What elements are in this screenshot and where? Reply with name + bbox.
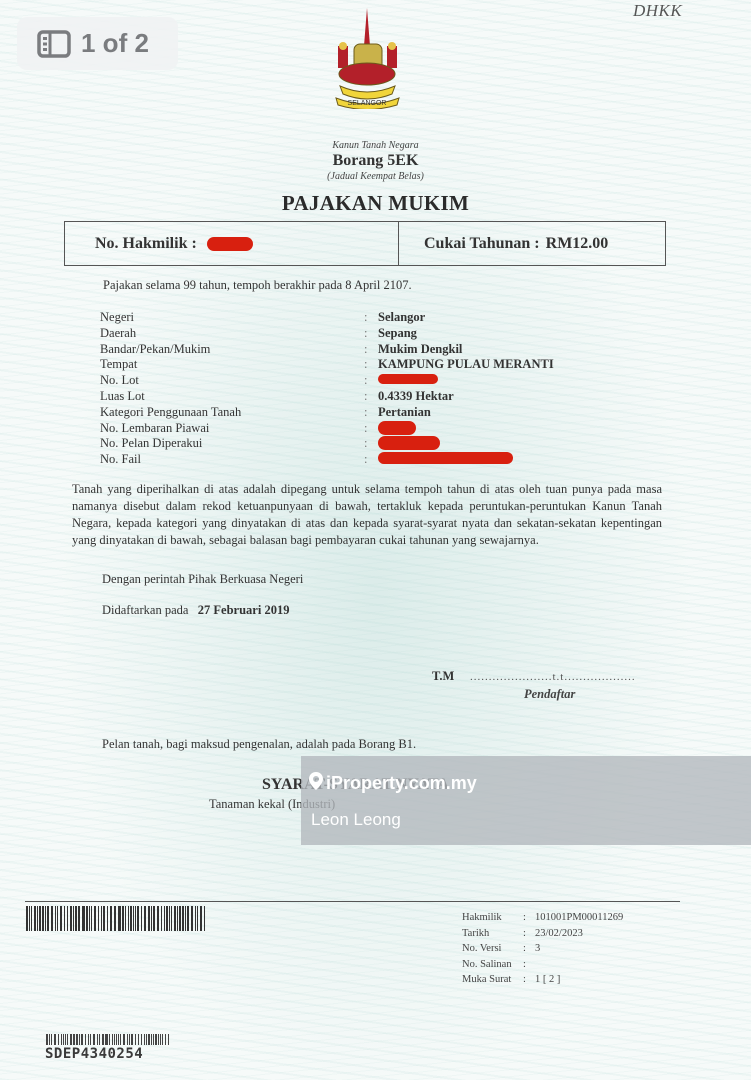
- location-pin-icon: [309, 772, 323, 795]
- barcode: [26, 906, 206, 931]
- field-row: Daerah:Sepang: [100, 326, 660, 342]
- registered-label: Didaftarkan pada: [102, 603, 188, 617]
- form-number: Borang 5EK: [0, 152, 751, 170]
- field-row: No. Pelan Diperakui:: [100, 436, 660, 452]
- field-row: Negeri:Selangor: [100, 310, 660, 326]
- lease-term: Pajakan selama 99 tahun, tempoh berakhir…: [103, 278, 412, 293]
- annual-tax-cell: Cukai Tahunan : RM12.00: [399, 222, 665, 265]
- meta-row: Hakmilik:101001PM00011269: [462, 910, 682, 926]
- field-row: No. Lot:: [100, 373, 660, 389]
- sheet-number-redaction: [378, 421, 416, 435]
- annual-tax-value: RM12.00: [546, 235, 609, 253]
- annual-tax-label: Cukai Tahunan :: [424, 235, 540, 253]
- serial-barcode: [46, 1034, 170, 1045]
- registration-line: Didaftarkan pada 27 Februari 2019: [102, 603, 289, 618]
- schedule-name: (Jadual Keempat Belas): [0, 171, 751, 182]
- plan-note: Pelan tanah, bagi maksud pengenalan, ada…: [102, 737, 416, 752]
- authority-line: Dengan perintah Pihak Berkuasa Negeri: [102, 572, 303, 587]
- title-number-cell: No. Hakmilik :: [65, 222, 399, 265]
- land-details: Negeri:Selangor Daerah:Sepang Bandar/Pek…: [100, 310, 660, 468]
- file-number-redaction: [378, 452, 513, 464]
- title-info-box: No. Hakmilik : Cukai Tahunan : RM12.00: [64, 221, 666, 266]
- page-indicator[interactable]: 1 of 2: [17, 17, 178, 70]
- signature-role: Pendaftar: [524, 687, 575, 702]
- field-row: Bandar/Pekan/Mukim:Mukim Dengkil: [100, 342, 660, 358]
- signature-prefix: T.M: [432, 669, 454, 684]
- svg-text:SELANGOR: SELANGOR: [348, 100, 387, 107]
- watermark-overlay: iProperty.com.my Leon Leong: [301, 756, 751, 845]
- lot-number-redaction: [378, 374, 438, 384]
- field-row: No. Fail:: [100, 452, 660, 468]
- watermark-agent: Leon Leong: [311, 810, 401, 830]
- page-indicator-text: 1 of 2: [81, 28, 149, 59]
- field-row: Luas Lot:0.4339 Hektar: [100, 389, 660, 405]
- corner-code: DHKK: [633, 1, 682, 21]
- serial-number: SDEP4340254: [45, 1046, 143, 1062]
- registered-date: 27 Februari 2019: [198, 603, 290, 617]
- field-row: Kategori Penggunaan Tanah:Pertanian: [100, 405, 660, 421]
- footer-divider: [25, 901, 680, 902]
- watermark-brand-text: iProperty.com.my: [326, 773, 477, 794]
- plan-number-redaction: [378, 436, 440, 450]
- meta-row: Muka Surat:1 [ 2 ]: [462, 972, 682, 988]
- sidebar-panel-icon: [37, 30, 71, 58]
- signature-line: ......................t.t...............…: [470, 671, 636, 683]
- footer-metadata: Hakmilik:101001PM00011269 Tarikh:23/02/2…: [462, 910, 682, 988]
- meta-row: No. Versi:3: [462, 941, 682, 957]
- field-row: Tempat:KAMPUNG PULAU MERANTI: [100, 357, 660, 373]
- title-number-label: No. Hakmilik :: [95, 235, 197, 253]
- field-row: No. Lembaran Piawai:: [100, 421, 660, 437]
- selangor-emblem: SELANGOR: [330, 6, 405, 109]
- act-name: Kanun Tanah Negara: [0, 140, 751, 151]
- document-title: PAJAKAN MUKIM: [0, 191, 751, 216]
- title-number-redaction: [207, 237, 253, 251]
- meta-row: No. Salinan:: [462, 957, 682, 973]
- meta-row: Tarikh:23/02/2023: [462, 926, 682, 942]
- body-paragraph: Tanah yang diperihalkan di atas adalah d…: [72, 481, 662, 549]
- watermark-brand: iProperty.com.my: [309, 772, 477, 795]
